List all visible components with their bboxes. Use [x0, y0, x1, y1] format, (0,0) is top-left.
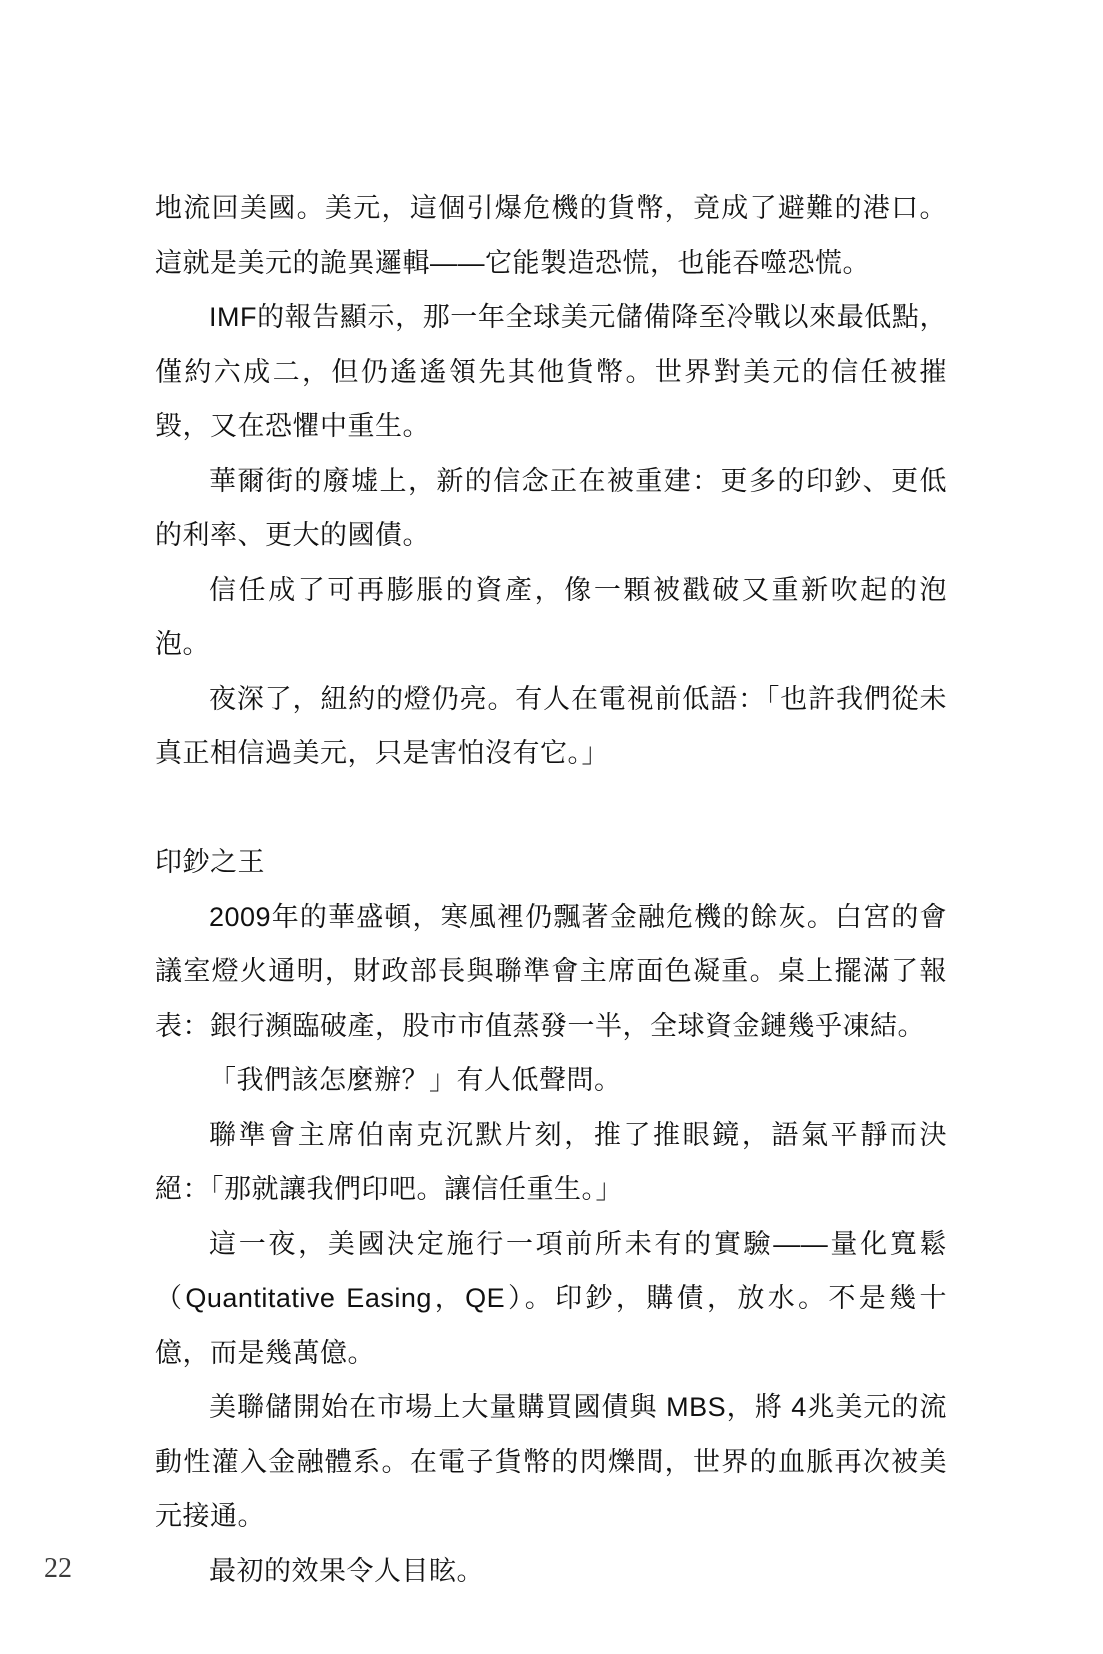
body-paragraph: 信任成了可再膨脹的資產，像一顆被戳破又重新吹起的泡泡。	[155, 563, 947, 672]
body-paragraph: 夜深了，紐約的燈仍亮。有人在電視前低語：「也許我們從未真正相信過美元，只是害怕沒…	[155, 672, 947, 781]
body-paragraph: 美聯儲開始在市場上大量購買國債與 MBS，將 4兆美元的流動性灌入金融體系。在電…	[155, 1380, 947, 1544]
body-paragraph: 這一夜，美國決定施行一項前所未有的實驗——量化寬鬆（Quantitative E…	[155, 1217, 947, 1381]
body-paragraph: 「我們該怎麼辦？」有人低聲問。	[155, 1053, 947, 1108]
body-paragraph: 2009年的華盛頓，寒風裡仍飄著金融危機的餘灰。白宮的會議室燈火通明，財政部長與…	[155, 890, 947, 1054]
body-paragraph: 華爾街的廢墟上，新的信念正在被重建：更多的印鈔、更低的利率、更大的國債。	[155, 454, 947, 563]
body-paragraph: 最初的效果令人目眩。	[155, 1544, 947, 1599]
section-heading: 印鈔之王	[155, 835, 947, 890]
text-block: 地流回美國。美元，這個引爆危機的貨幣，竟成了避難的港口。這就是美元的詭異邏輯——…	[155, 181, 947, 1598]
body-paragraph: 地流回美國。美元，這個引爆危機的貨幣，竟成了避難的港口。這就是美元的詭異邏輯——…	[155, 181, 947, 290]
page-number: 22	[44, 1552, 72, 1586]
body-paragraph: IMF的報告顯示，那一年全球美元儲備降至冷戰以來最低點，僅約六成二，但仍遙遙領先…	[155, 290, 947, 454]
body-paragraph: 聯準會主席伯南克沉默片刻，推了推眼鏡，語氣平靜而決絕：「那就讓我們印吧。讓信任重…	[155, 1108, 947, 1217]
book-page: 地流回美國。美元，這個引爆危機的貨幣，竟成了避難的港口。這就是美元的詭異邏輯——…	[0, 0, 1103, 1654]
